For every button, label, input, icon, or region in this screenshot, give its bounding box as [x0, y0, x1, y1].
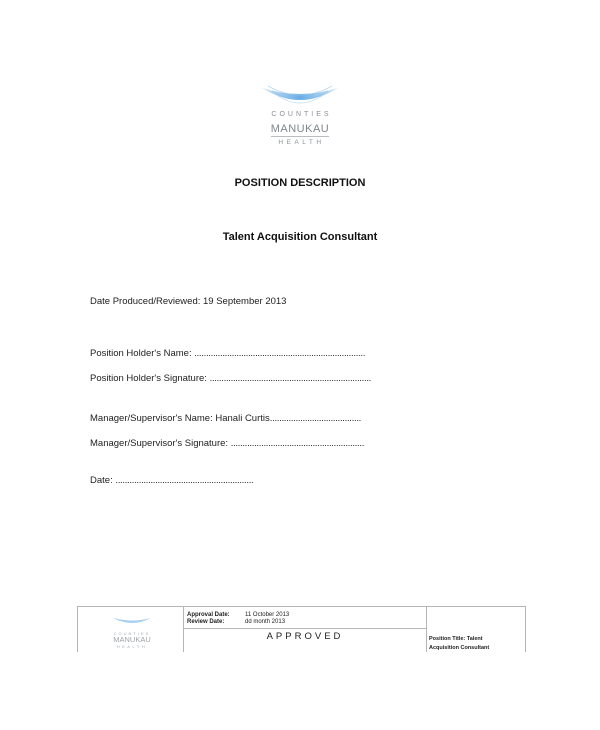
footer-logo-line-health: HEALTH: [104, 644, 160, 650]
footer-logo-line-manukau: MANUKAU: [104, 636, 160, 644]
manager-signature-blank[interactable]: ........................................…: [231, 438, 364, 449]
counties-manukau-logo: COUNTIES MANUKAU HEALTH: [258, 82, 342, 144]
footer-divider: [426, 607, 427, 652]
footer-position-title-line2: Acquisition Consultant: [429, 644, 519, 653]
footer-divider: [183, 628, 426, 629]
date-produced-field: Date Produced/Reviewed: 19 September 201…: [90, 296, 286, 307]
position-holder-name-label: Position Holder's Name:: [90, 348, 192, 359]
position-holder-name-field: Position Holder's Name: ................…: [90, 348, 365, 359]
footer-position-title-line1: Position Title: Talent: [429, 635, 519, 644]
approval-status: APPROVED: [184, 631, 426, 642]
manager-signature-field: Manager/Supervisor's Signature: ........…: [90, 438, 364, 449]
logo-line-health: HEALTH: [258, 138, 342, 147]
manager-name-field: Manager/Supervisor's Name: Hanali Curtis…: [90, 413, 361, 424]
date-field: Date: ..................................…: [90, 475, 253, 486]
position-holder-signature-field: Position Holder's Signature: ...........…: [90, 373, 371, 384]
review-date-value: dd month 2013: [245, 618, 285, 626]
manager-name-blank[interactable]: .......................................: [270, 413, 361, 424]
document-title: POSITION DESCRIPTION: [0, 177, 600, 189]
footer-logo: COUNTIES MANUKAU HEALTH: [104, 613, 160, 650]
review-date-label: Review Date:: [187, 618, 224, 626]
date-produced-value: 19 September 2013: [203, 296, 286, 307]
position-title: Talent Acquisition Consultant: [0, 231, 600, 243]
logo-line-counties: COUNTIES: [258, 111, 342, 119]
swoosh-icon: [112, 616, 152, 626]
position-holder-signature-label: Position Holder's Signature:: [90, 373, 207, 384]
footer-table: COUNTIES MANUKAU HEALTH Approval Date: 1…: [77, 606, 526, 652]
date-blank[interactable]: ........................................…: [115, 475, 253, 486]
position-holder-name-blank[interactable]: ........................................…: [194, 348, 365, 359]
swoosh-icon: [260, 82, 340, 110]
footer-divider: [183, 607, 184, 652]
date-label: Date:: [90, 475, 113, 486]
manager-name-label: Manager/Supervisor's Name:: [90, 413, 213, 424]
manager-signature-label: Manager/Supervisor's Signature:: [90, 438, 228, 449]
position-holder-signature-blank[interactable]: ........................................…: [210, 373, 371, 384]
date-produced-label: Date Produced/Reviewed:: [90, 296, 200, 307]
manager-name-value: Hanali Curtis: [215, 413, 269, 424]
logo-line-manukau: MANUKAU: [271, 124, 330, 137]
footer-position-title: Position Title: Talent Acquisition Consu…: [429, 635, 519, 653]
